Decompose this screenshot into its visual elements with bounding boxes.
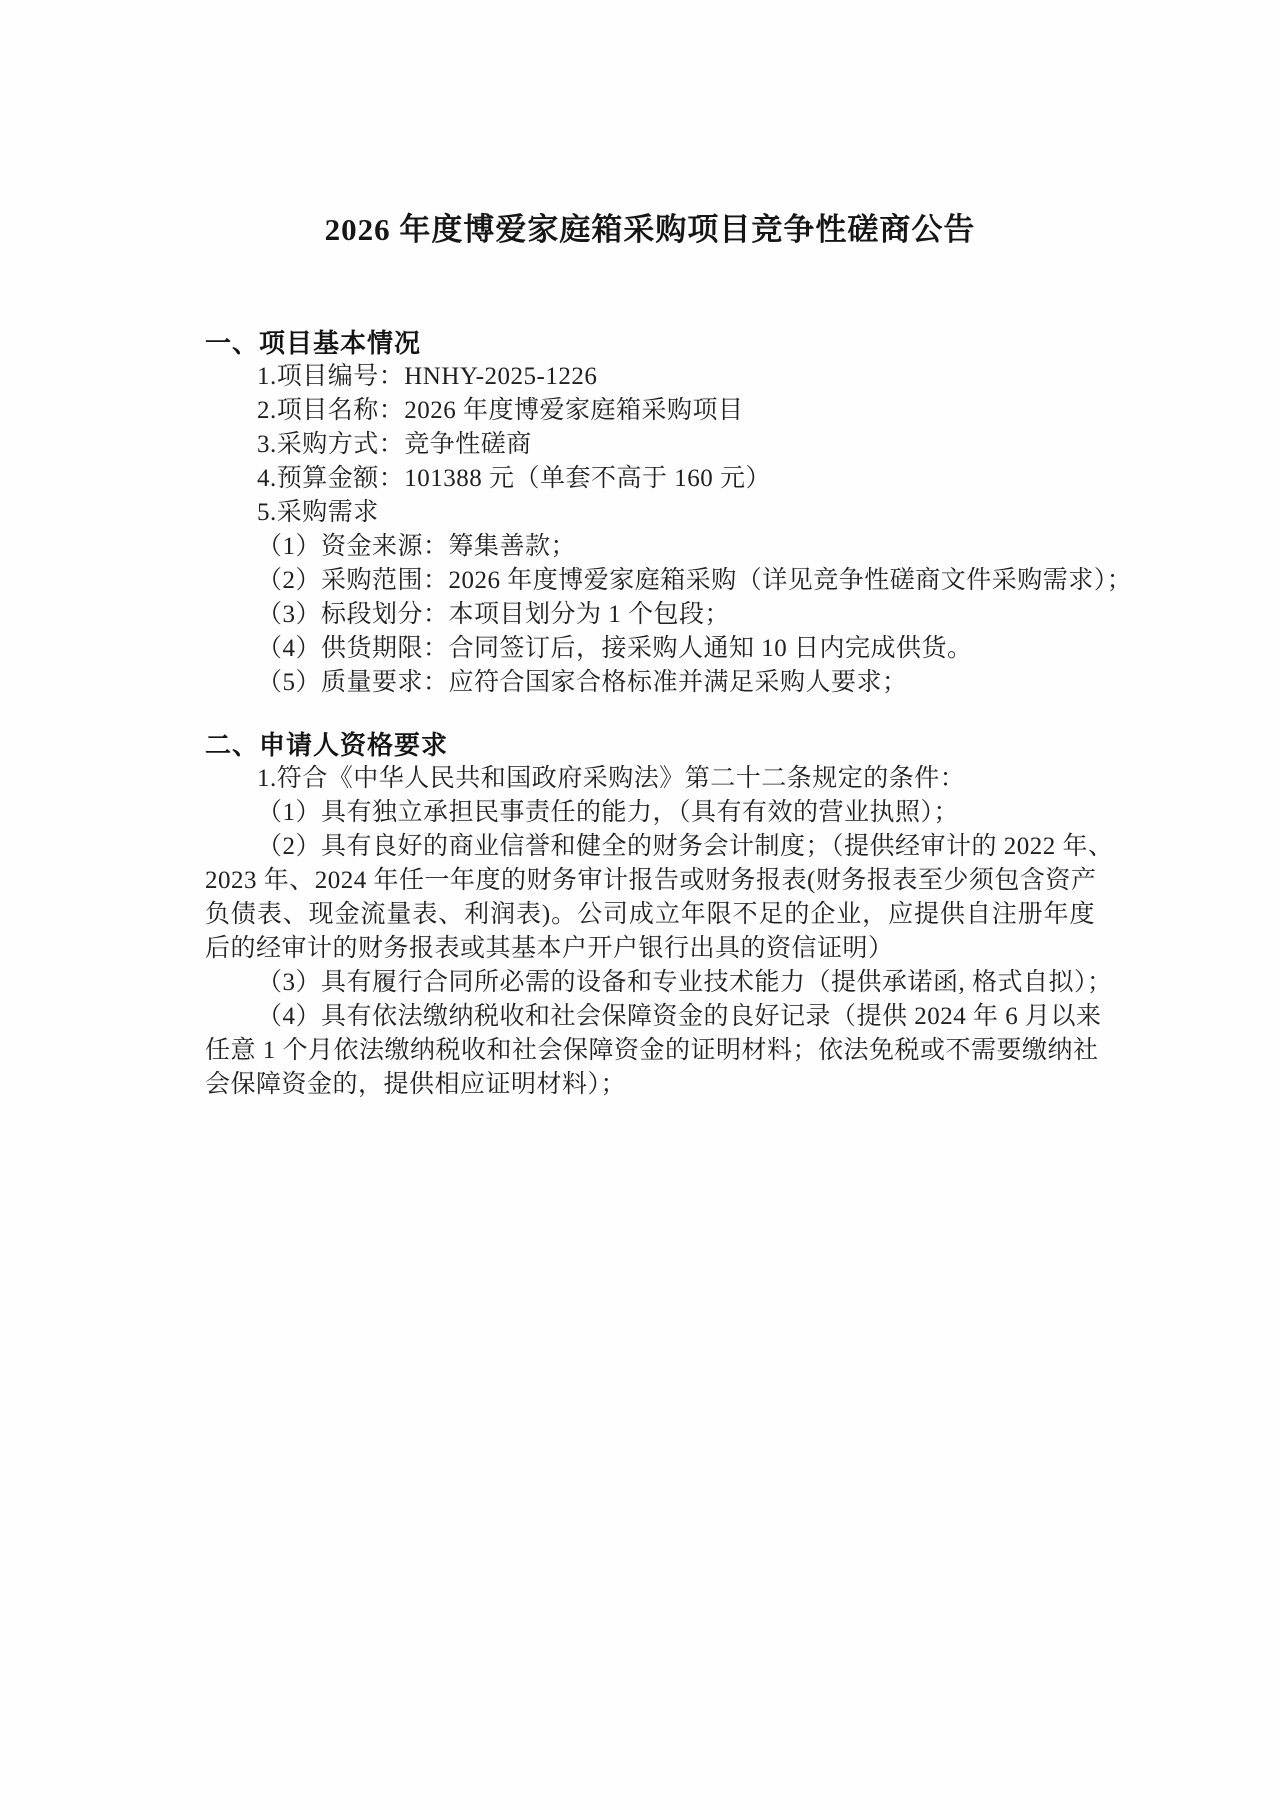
line-technical-ability: （3）具有履行合同所必需的设备和专业技术能力（提供承诺函, 格式自拟）；	[205, 966, 1095, 1000]
line-quality-requirement: （5）质量要求：应符合国家合格标准并满足采购人要求；	[205, 666, 1095, 700]
line-project-number: 1.项目编号：HNHY-2025-1226	[205, 360, 1095, 394]
section-1-heading: 一、项目基本情况	[205, 326, 1095, 360]
line-delivery-period: （4）供货期限：合同签订后，接采购人通知 10 日内完成供货。	[205, 632, 1095, 666]
line-financial-credit-4: 后的经审计的财务报表或其基本户开户银行出具的资信证明）	[205, 932, 1095, 966]
line-procurement-demand: 5.采购需求	[205, 496, 1095, 530]
line-financial-credit-1: （2）具有良好的商业信誉和健全的财务会计制度；（提供经审计的 2022 年、	[205, 830, 1095, 864]
line-fund-source: （1）资金来源：筹集善款；	[205, 530, 1095, 564]
line-project-name: 2.项目名称：2026 年度博爱家庭箱采购项目	[205, 394, 1095, 428]
line-tax-social-record-1: （4）具有依法缴纳税收和社会保障资金的良好记录（提供 2024 年 6 月以来	[205, 1000, 1095, 1034]
line-civil-liability: （1）具有独立承担民事责任的能力，（具有有效的营业执照）；	[205, 796, 1095, 830]
document-content: 2026 年度博爱家庭箱采购项目竞争性磋商公告 一、项目基本情况 1.项目编号：…	[0, 0, 1280, 1102]
line-procurement-scope: （2）采购范围：2026 年度博爱家庭箱采购（详见竞争性磋商文件采购需求）；	[205, 564, 1095, 598]
line-financial-credit-2: 2023 年、2024 年任一年度的财务审计报告或财务报表(财务报表至少须包含资…	[205, 864, 1095, 898]
line-tax-social-record-3: 会保障资金的，提供相应证明材料）；	[205, 1068, 1095, 1102]
line-budget-amount: 4.预算金额：101388 元（单套不高于 160 元）	[205, 462, 1095, 496]
document-title: 2026 年度博爱家庭箱采购项目竞争性磋商公告	[205, 0, 1095, 250]
line-financial-credit-3: 负债表、现金流量表、利润表)。公司成立年限不足的企业，应提供自注册年度	[205, 898, 1095, 932]
section-2-heading: 二、申请人资格要求	[205, 728, 1095, 762]
document-page: 2026 年度博爱家庭箱采购项目竞争性磋商公告 一、项目基本情况 1.项目编号：…	[0, 0, 1280, 1810]
line-lot-division: （3）标段划分：本项目划分为 1 个包段；	[205, 598, 1095, 632]
line-law-conditions: 1.符合《中华人民共和国政府采购法》第二十二条规定的条件：	[205, 762, 1095, 796]
line-procurement-method: 3.采购方式：竞争性磋商	[205, 428, 1095, 462]
line-tax-social-record-2: 任意 1 个月依法缴纳税收和社会保障资金的证明材料；依法免税或不需要缴纳社	[205, 1034, 1095, 1068]
